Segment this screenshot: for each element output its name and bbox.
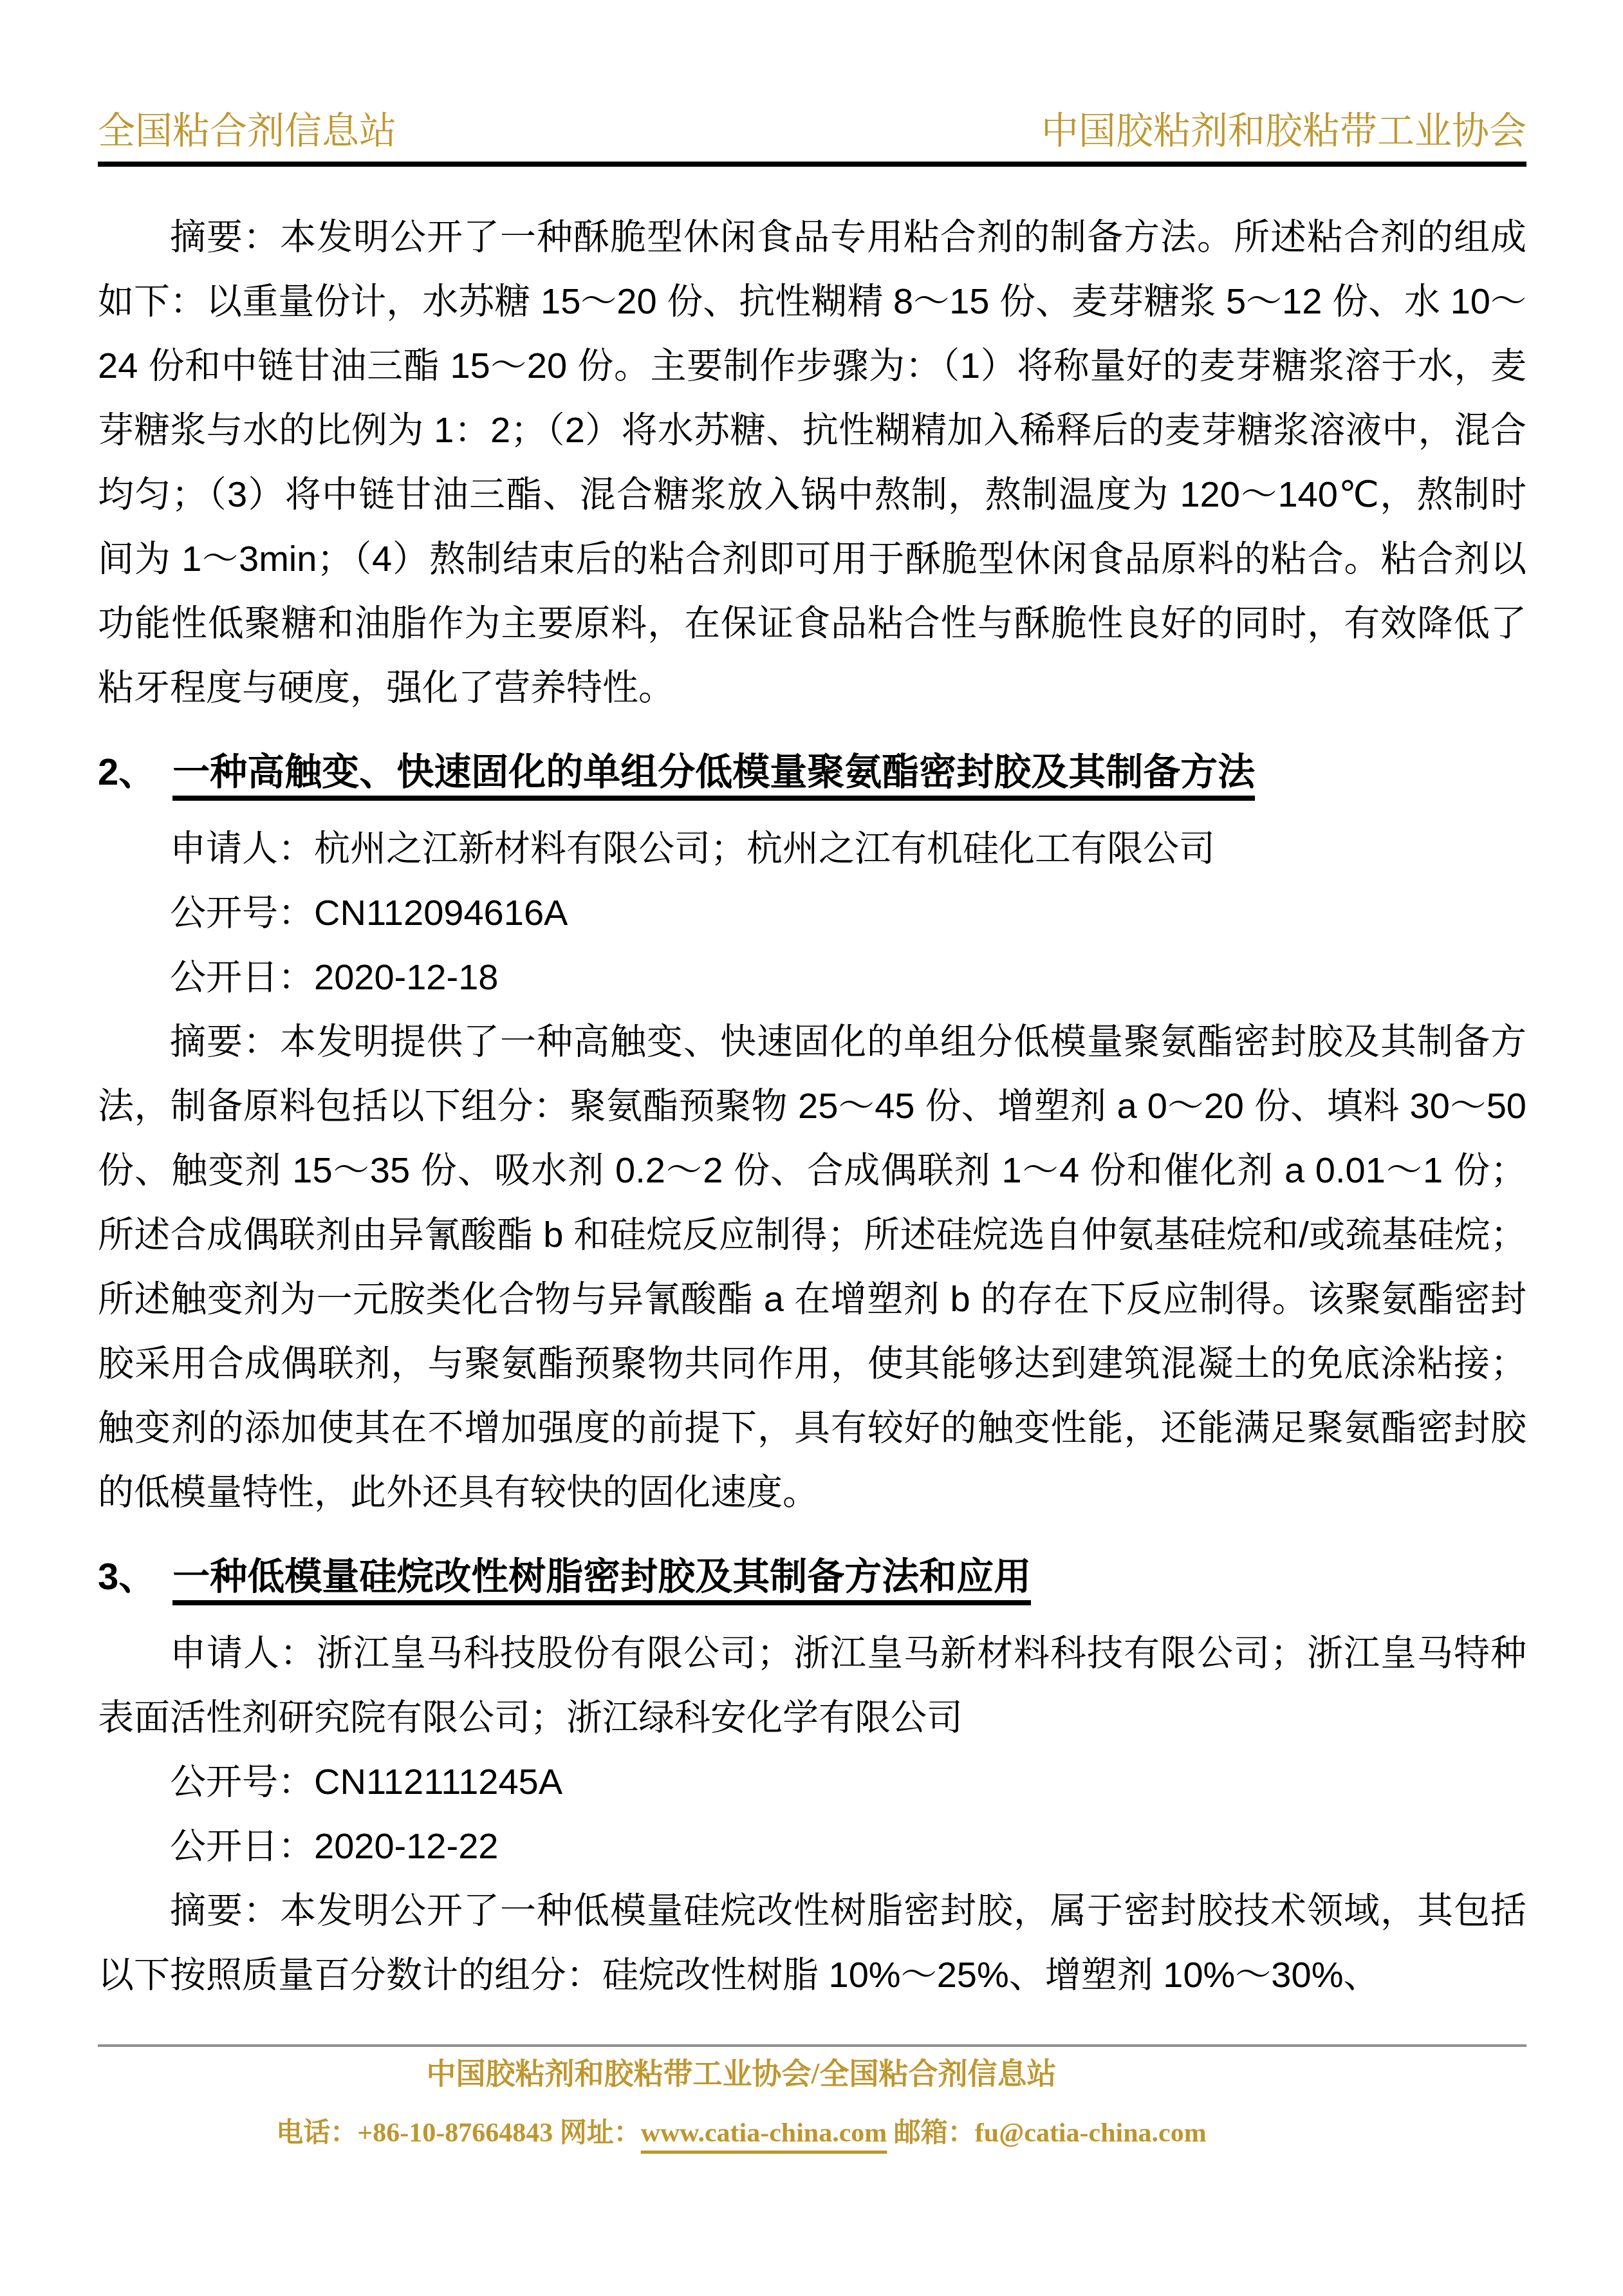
item3-heading-number: 3、 (98, 1556, 172, 1598)
document-page: 全国粘合剂信息站 中国胶粘剂和胶粘带工业协会 摘要：本发明公开了一种酥脆型休闲食… (0, 0, 1623, 2296)
footer-email-segment: 邮箱：fu@catia-china.com (887, 2118, 1206, 2148)
footer-phone-web-label: 电话：+86-10-87664843 网址： (276, 2118, 640, 2148)
footer-org-line: 中国胶粘剂和胶粘带工业协会/全国粘合剂信息站 (98, 2056, 1385, 2091)
footer-contact-line: 电话：+86-10-87664843 网址：www.catia-china.co… (98, 2117, 1385, 2149)
item2-applicant-line: 申请人：杭州之江新材料有限公司；杭州之江有机硅化工有限公司 (98, 816, 1526, 881)
page-footer: 中国胶粘剂和胶粘带工业协会/全国粘合剂信息站 电话：+86-10-8766484… (98, 2044, 1526, 2150)
item3-abstract-paragraph: 摘要：本发明公开了一种低模量硅烷改性树脂密封胶，属于密封胶技术领域，其包括以下按… (98, 1878, 1526, 2007)
item1-abstract-paragraph: 摘要：本发明公开了一种酥脆型休闲食品专用粘合剂的制备方法。所述粘合剂的组成如下：… (98, 205, 1526, 720)
item2-heading-number: 2、 (98, 751, 172, 793)
item3-heading: 3、一种低模量硅烷改性树脂密封胶及其制备方法和应用 (98, 1545, 1526, 1609)
page-header: 全国粘合剂信息站 中国胶粘剂和胶粘带工业协会 (98, 108, 1526, 167)
item3-applicant-line: 申请人：浙江皇马科技股份有限公司；浙江皇马新材料科技有限公司；浙江皇马特种表面活… (98, 1621, 1526, 1750)
item2-abstract-paragraph: 摘要：本发明提供了一种高触变、快速固化的单组分低模量聚氨酯密封胶及其制备方法，制… (98, 1009, 1526, 1524)
item3-heading-title: 一种低模量硅烷改性树脂密封胶及其制备方法和应用 (172, 1556, 1031, 1605)
item2-heading: 2、一种高触变、快速固化的单组分低模量聚氨酯密封胶及其制备方法 (98, 740, 1526, 805)
header-right-title: 中国胶粘剂和胶粘带工业协会 (1041, 108, 1526, 155)
item3-publication-date-line: 公开日：2020-12-22 (98, 1814, 1526, 1878)
header-left-title: 全国粘合剂信息站 (98, 108, 396, 155)
footer-text-block: 中国胶粘剂和胶粘带工业协会/全国粘合剂信息站 电话：+86-10-8766484… (98, 2056, 1385, 2150)
header-rule (98, 162, 1526, 167)
item2-publication-date-line: 公开日：2020-12-18 (98, 945, 1526, 1009)
item2-publication-number-line: 公开号：CN112094616A (98, 881, 1526, 945)
footer-url-link[interactable]: www.catia-china.com (641, 2118, 887, 2148)
item2-heading-title: 一种高触变、快速固化的单组分低模量聚氨酯密封胶及其制备方法 (172, 751, 1255, 801)
item3-publication-number-line: 公开号：CN112111245A (98, 1750, 1526, 1814)
footer-rule (98, 2044, 1526, 2047)
header-row: 全国粘合剂信息站 中国胶粘剂和胶粘带工业协会 (98, 108, 1526, 155)
document-body: 摘要：本发明公开了一种酥脆型休闲食品专用粘合剂的制备方法。所述粘合剂的组成如下：… (98, 205, 1526, 2007)
